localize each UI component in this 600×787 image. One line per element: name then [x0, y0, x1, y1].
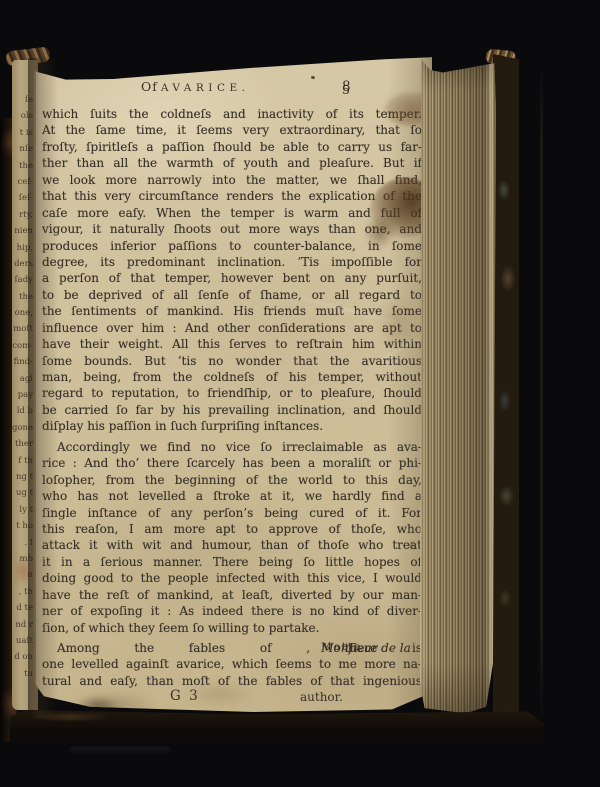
background-streak: [70, 746, 170, 752]
left-page-fragment: ſeſ-: [12, 190, 36, 206]
text-line: to be deprived of all ſenſe of ſhame, or…: [42, 287, 422, 303]
chapter-title: OfAVARICE.: [141, 79, 249, 94]
text-line: man, being, from the coldneſs of his tem…: [42, 369, 422, 385]
text-line: loſopher, from the beginning of the worl…: [42, 472, 422, 488]
left-page-fragment: ders: [12, 256, 36, 272]
left-page-fragment: ther: [12, 436, 36, 452]
stain: [184, 680, 256, 708]
chapter-title-prefix: Of: [141, 79, 158, 94]
left-page-fragment: rty,: [12, 207, 36, 223]
page-number: 85: [342, 79, 351, 95]
left-page-fragment: f th: [12, 453, 36, 469]
left-page-fragment: find-: [12, 354, 36, 370]
page-number-digit: 5: [342, 82, 351, 97]
left-page-fragment: gone: [12, 420, 36, 436]
text-line: regard to reputation, to friendſhip, or …: [42, 385, 422, 401]
text-line: Among the fables of Monſieur de la Motte…: [42, 640, 422, 656]
text-line: diſplay his paſſion in ſuch ſurpriſing i…: [42, 418, 422, 434]
text-line: froſty, ſpiritleſs a paſſion ſhould be a…: [42, 139, 422, 155]
text-block: which ſuits the coldneſs and inactivity …: [42, 106, 422, 689]
left-page-fragment: ols: [12, 108, 36, 124]
left-page-fragment: com-: [12, 338, 36, 354]
speck: [408, 540, 416, 550]
text-line: one levelled againſt avarice, which ſeem…: [42, 656, 422, 672]
text-line: rice : And tho’ there ſcarcely has been …: [42, 455, 422, 471]
text-line: we look more narrowly into the matter, w…: [42, 172, 422, 188]
text-line: have their weight. All this ſerves to re…: [42, 336, 422, 352]
text-line: who has not levelled a ſtroke at it, we …: [42, 488, 422, 504]
text-line: degree, its predominant inclination. ’Ti…: [42, 254, 422, 270]
photo-background: ſeolst isnſethecef-ſeſ-rty,nienhip,dersſ…: [0, 0, 600, 787]
text-line: doing good to the people infected with t…: [42, 570, 422, 586]
marbled-cover-strip: [493, 54, 519, 734]
left-page-fragment: nien: [12, 223, 36, 239]
text-line: have the reſt of mankind, at leaſt, dive…: [42, 587, 422, 603]
left-page-fragment: , th: [12, 584, 36, 600]
text-line: caſe more eaſy. When the temper is warm …: [42, 205, 422, 221]
left-page-fragment: uaſt: [12, 633, 36, 649]
text-line: ſion, of which they ſeem ſo willing to p…: [42, 620, 422, 636]
text-line: it in a ſerious manner. There being ſo l…: [42, 554, 422, 570]
left-page-fragment: agi: [12, 371, 36, 387]
text-line: ſingle inſtance of any perſon’s being cu…: [42, 505, 422, 521]
left-page-fragment: t ho: [12, 518, 36, 534]
left-page-fragment: d te: [12, 600, 36, 616]
text-line: Accordingly we find no vice ſo irreclaim…: [42, 439, 422, 455]
stain: [14, 556, 32, 586]
text-line: this reaſon, I am more apt to approve of…: [42, 521, 422, 537]
chapter-title-caps: AVARICE.: [161, 82, 250, 94]
left-page-fragment: t is: [12, 125, 36, 141]
left-page-fragment: d on: [12, 649, 36, 665]
paragraph: Accordingly we find no vice ſo irreclaim…: [42, 439, 422, 636]
fore-edge-pages: [420, 58, 496, 716]
page-edge-line: [34, 56, 36, 712]
left-page-fragment: ly t: [12, 502, 36, 518]
left-page-fragment: nſe: [12, 141, 36, 157]
left-page-fragment: pay: [12, 387, 36, 403]
left-page-fragment: ſe: [12, 92, 36, 108]
right-page: OfAVARICE. 85 which ſuits the coldneſs a…: [34, 56, 432, 712]
text-line: that this very circumſtance renders the …: [42, 188, 422, 204]
text-line: influence over him : And other conſidera…: [42, 320, 422, 336]
text-line: which ſuits the coldneſs and inactivity …: [42, 106, 422, 122]
stain: [364, 214, 396, 250]
left-page-fragment: one,: [12, 305, 36, 321]
paragraph: which ſuits the coldneſs and inactivity …: [42, 106, 422, 435]
left-page-fragment: moſt: [12, 321, 36, 337]
text-line: ther than all the warmth of youth and pl…: [42, 155, 422, 171]
text-line: attack it with wit and humour, than of t…: [42, 537, 422, 553]
text-line: At the ſame time, it ſeems very extraord…: [42, 122, 422, 138]
left-page-fragment: the: [12, 289, 36, 305]
left-page-fragment: ug t: [12, 485, 36, 501]
left-page-fragment: hip,: [12, 240, 36, 256]
running-header: OfAVARICE. 85: [42, 79, 424, 99]
left-page-fragment: . I: [12, 535, 36, 551]
left-page-fragment: ng t: [12, 469, 36, 485]
left-page-line-endings: ſeolst isnſethecef-ſeſ-rty,nienhip,dersſ…: [12, 92, 36, 682]
text-line: be carried ſo far by his prevailing incl…: [42, 402, 422, 418]
catchword: author.: [300, 690, 343, 704]
left-page-fragment: nd r: [12, 617, 36, 633]
text-line: ner of expoſing it : As indeed there is …: [42, 603, 422, 619]
stain: [78, 696, 118, 712]
left-page-fragment: cef-: [12, 174, 36, 190]
bottom-cover-glint: [30, 714, 110, 720]
fore-edge-shading: [420, 58, 496, 716]
left-page-fragment: the: [12, 158, 36, 174]
text-line: ſome bounds. But ’tis no wonder that the…: [42, 353, 422, 369]
right-cover-edge-highlight: [540, 66, 543, 722]
left-page-fragment: tu: [12, 666, 36, 682]
left-page-fragment: ſady: [12, 272, 36, 288]
left-page-fragment: ld b: [12, 403, 36, 419]
text-line: a perſon of that temper, however bent on…: [42, 270, 422, 286]
